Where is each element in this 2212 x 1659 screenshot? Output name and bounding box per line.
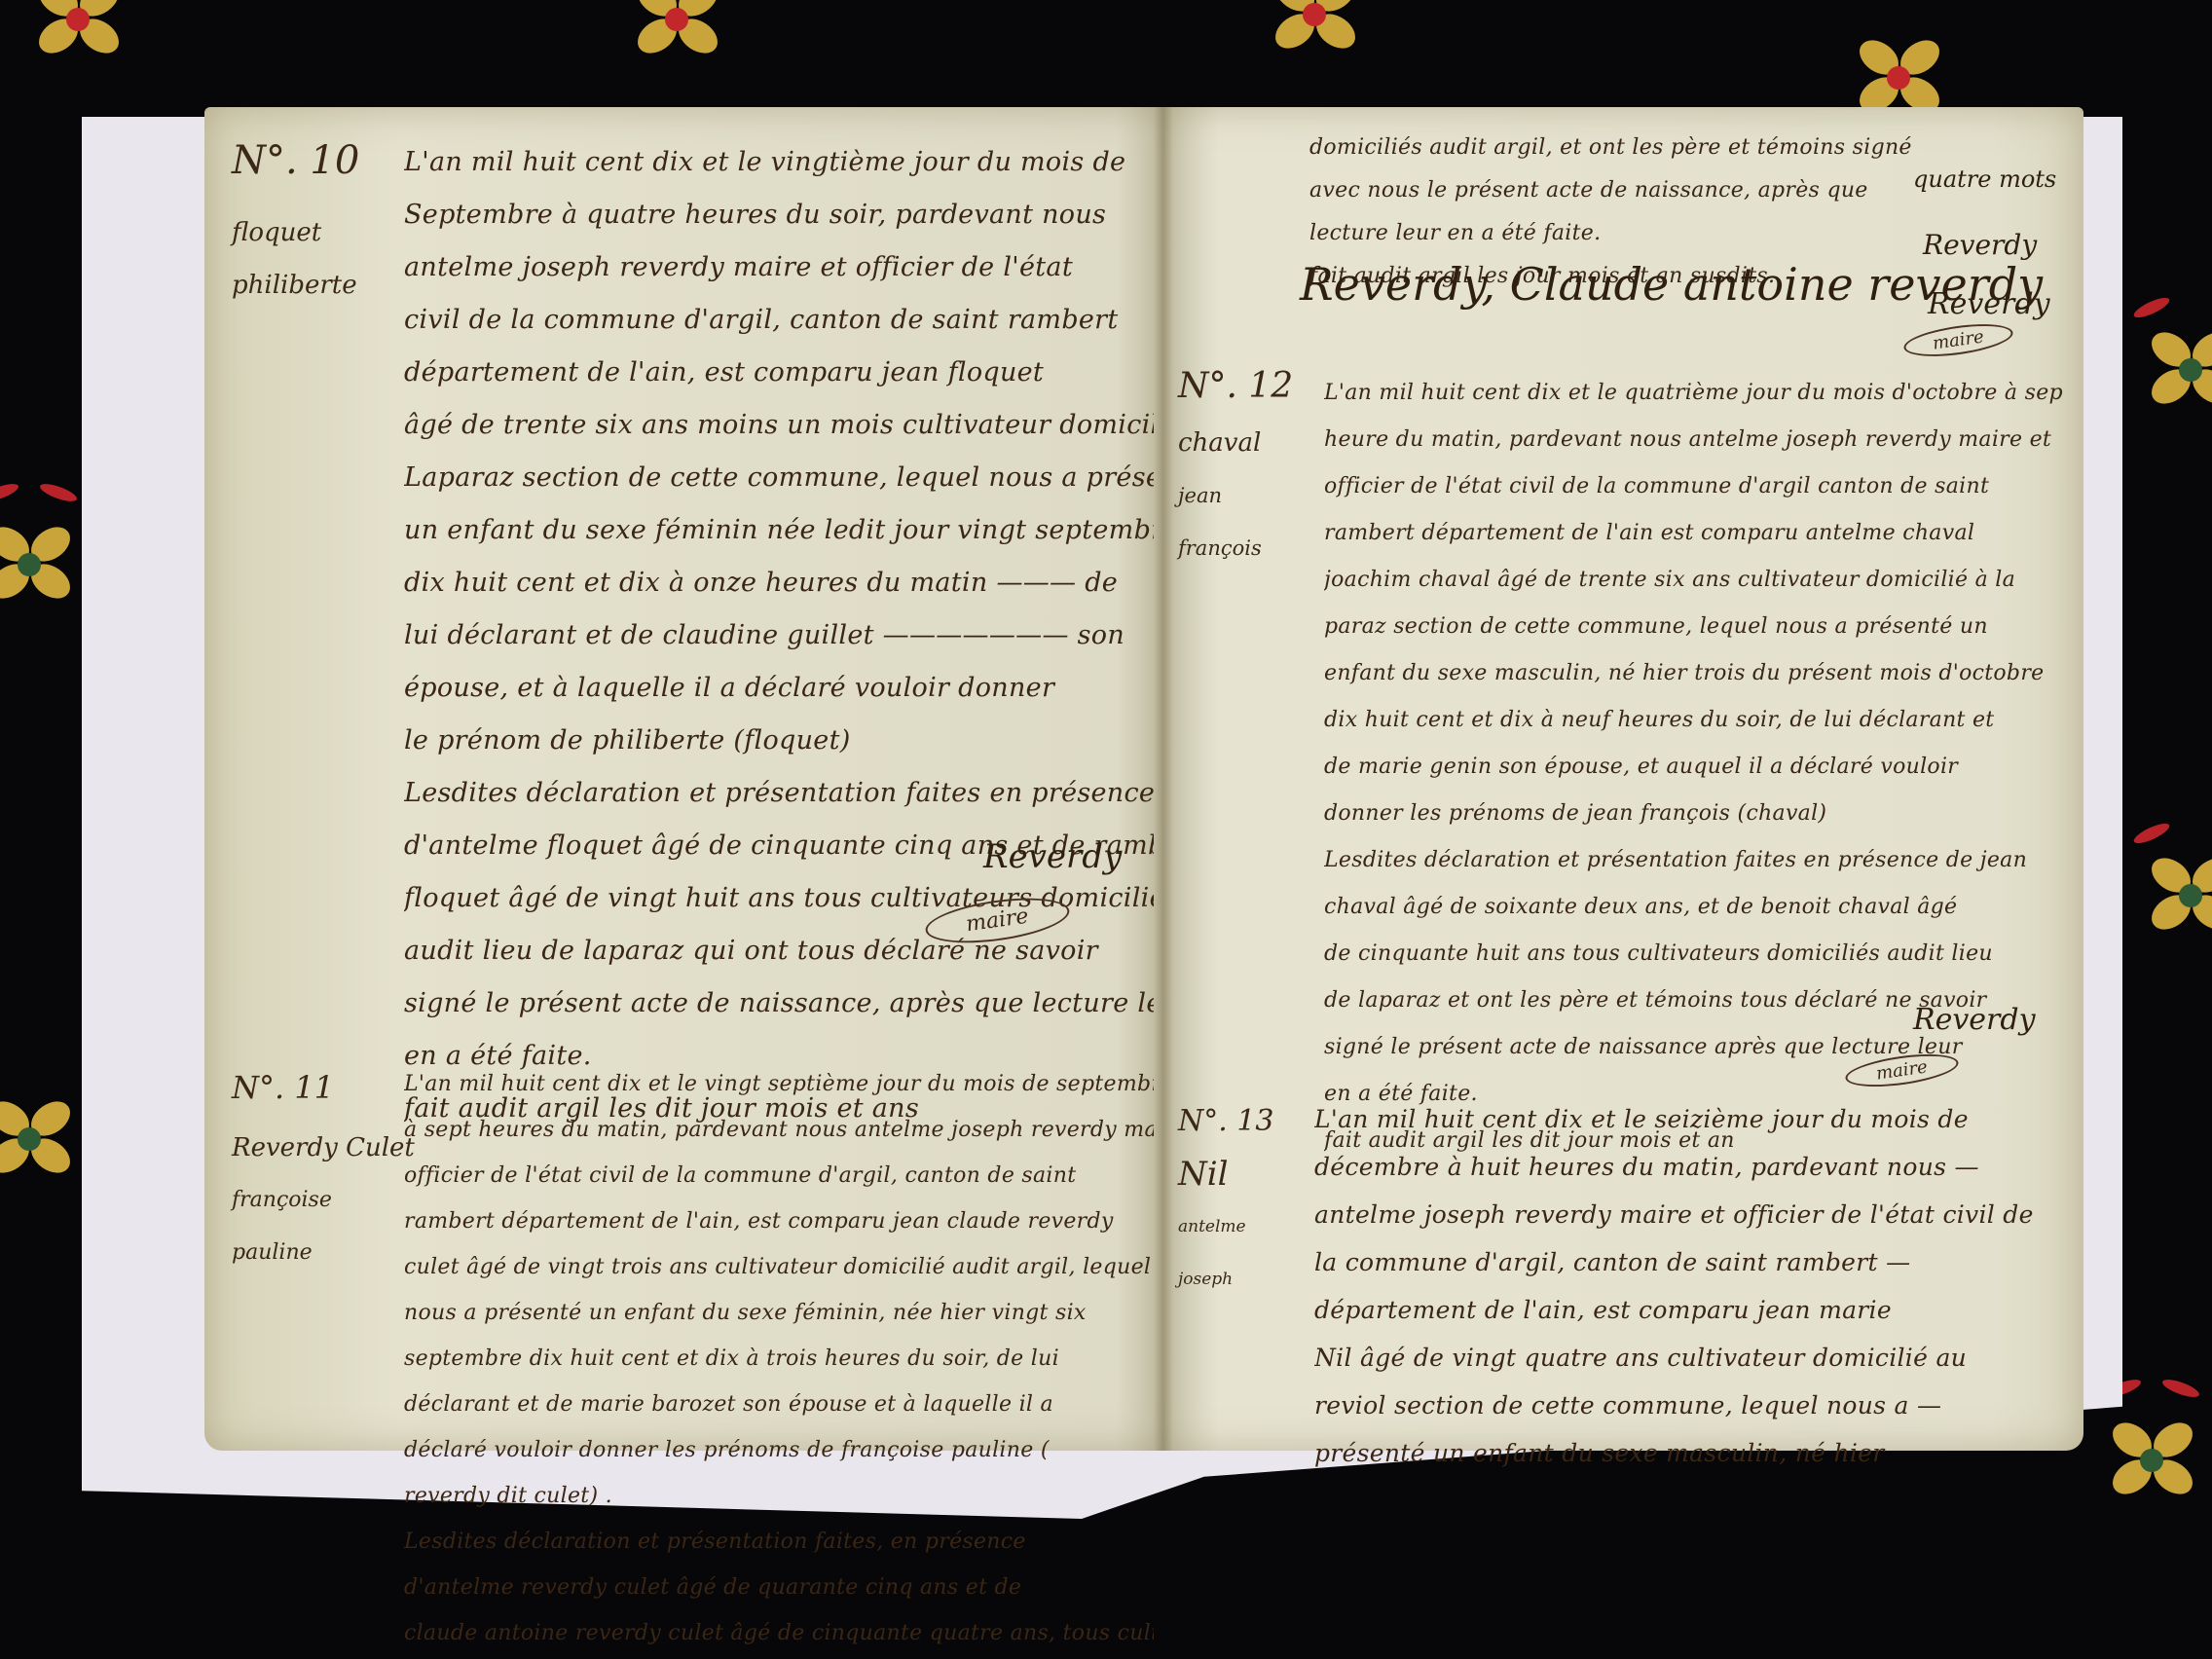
text-line: Lesdites déclaration et présentation fai… xyxy=(404,1519,1154,1565)
margin-surname: chaval xyxy=(1178,417,1305,469)
text-line: nous a présenté un enfant du sexe fémini… xyxy=(404,1290,1154,1336)
text-line: rambert département de l'ain, est compar… xyxy=(404,1198,1154,1244)
text-line: heure du matin, pardevant nous antelme j… xyxy=(1324,417,2064,463)
mayor-signature: Reverdy xyxy=(1913,1003,2036,1037)
text-line: département de l'ain, est comparu jean m… xyxy=(1314,1286,2064,1334)
text-line: le prénom de philiberte (floquet) xyxy=(404,715,1154,767)
register-entry-10: N°. 10 floquet philiberte L'an mil huit … xyxy=(204,107,1163,964)
embroidered-flower-decoration xyxy=(2142,847,2212,944)
entry-margin: N°. 11 Reverdy Culet françoise pauline xyxy=(232,1061,417,1279)
text-line: chaval âgé de soixante deux ans, et de b… xyxy=(1324,884,2064,931)
text-line: département de l'ain, est comparu jean f… xyxy=(404,347,1154,399)
text-line: rambert département de l'ain est comparu… xyxy=(1324,510,2064,557)
margin-surname: floquet xyxy=(232,206,397,259)
entry-number: N°. 10 xyxy=(232,134,397,187)
margin-given-name: françoise pauline xyxy=(232,1174,417,1279)
embroidered-flower-decoration xyxy=(29,0,127,68)
text-line: reviol section de cette commune, lequel … xyxy=(1314,1382,2064,1429)
text-line: décembre à huit heures du matin, pardeva… xyxy=(1314,1143,2064,1191)
text-line: reverdy dit culet) . xyxy=(404,1473,1154,1519)
entry-number: N°. 13 xyxy=(1178,1095,1305,1148)
text-line: de marie genin son épouse, et auquel il … xyxy=(1324,744,2064,791)
entry-body: L'an mil huit cent dix et le seizième jo… xyxy=(1314,1095,2064,1477)
text-line: antelme joseph reverdy maire et officier… xyxy=(404,241,1154,294)
text-line: antelme joseph reverdy maire et officier… xyxy=(1314,1191,2064,1238)
text-line: un enfant du sexe féminin née ledit jour… xyxy=(404,504,1154,557)
book-gutter xyxy=(1154,107,1173,1451)
register-entry-11-continuation: domiciliés audit argil, et ont les père … xyxy=(1163,107,2083,360)
text-line: d'antelme reverdy culet âgé de quarante … xyxy=(404,1565,1154,1610)
margin-given-name: jean françois xyxy=(1178,469,1305,574)
margin-given-name: antelme joseph xyxy=(1178,1200,1305,1306)
entry-body: L'an mil huit cent dix et le vingt septi… xyxy=(404,1061,1154,1656)
text-line: culet âgé de vingt trois ans cultivateur… xyxy=(404,1244,1154,1290)
register-entry-12: N°. 12 chaval jean françois L'an mil hui… xyxy=(1163,360,2083,1090)
text-line: L'an mil huit cent dix et le vingt septi… xyxy=(404,1061,1154,1107)
embroidered-flower-decoration xyxy=(2103,1412,2200,1509)
margin-surname: Reverdy Culet xyxy=(232,1122,417,1174)
right-page: domiciliés audit argil, et ont les père … xyxy=(1163,107,2083,1451)
text-line: de cinquante huit ans tous cultivateurs … xyxy=(1324,931,2064,977)
text-line: officier de l'état civil de la commune d… xyxy=(404,1153,1154,1198)
embroidered-flower-decoration xyxy=(0,516,78,613)
text-line: officier de l'état civil de la commune d… xyxy=(1324,463,2064,510)
text-line: déclarant et de marie barozet son épouse… xyxy=(404,1382,1154,1427)
text-line: déclaré vouloir donner les prénoms de fr… xyxy=(404,1427,1154,1473)
text-line: domiciliés audit argil, et ont les père … xyxy=(1309,127,1913,169)
text-line: joachim chaval âgé de trente six ans cul… xyxy=(1324,557,2064,604)
text-line: avec nous le présent acte de naissance, … xyxy=(1309,169,1913,212)
margin-given-name: philiberte xyxy=(232,259,397,312)
text-line: à sept heures du matin, pardevant nous a… xyxy=(404,1107,1154,1153)
father-signature: Reverdy xyxy=(1923,229,2037,261)
entry-margin: N°. 10 floquet philiberte xyxy=(232,134,397,312)
mayor-signature: Reverdy xyxy=(983,837,1122,876)
text-line: dix huit cent et dix à onze heures du ma… xyxy=(404,557,1154,609)
left-page: N°. 10 floquet philiberte L'an mil huit … xyxy=(204,107,1163,1451)
embroidered-flower-decoration xyxy=(1266,0,1363,63)
entry-number: N°. 12 xyxy=(1178,360,1305,413)
text-line: Lesdites déclaration et présentation fai… xyxy=(404,767,1154,820)
embroidered-flower-decoration xyxy=(2142,321,2212,419)
text-line: paraz section de cette commune, lequel n… xyxy=(1324,604,2064,650)
side-note: quatre mots xyxy=(1913,166,2056,193)
text-line: Laparaz section de cette commune, lequel… xyxy=(404,452,1154,504)
text-line: L'an mil huit cent dix et le vingtième j… xyxy=(404,136,1154,189)
embroidered-flower-decoration xyxy=(0,1090,78,1188)
entry-number: N°. 11 xyxy=(232,1061,417,1114)
text-line: présenté un enfant du sexe masculin, né … xyxy=(1314,1429,2064,1477)
entry-margin: N°. 12 chaval jean françois xyxy=(1178,360,1305,574)
text-line: L'an mil huit cent dix et le quatrième j… xyxy=(1324,370,2064,417)
text-line: Lesdites déclaration et présentation fai… xyxy=(1324,837,2064,884)
mayor-title-flourish: maire xyxy=(1902,318,2015,361)
text-line: septembre dix huit cent et dix à trois h… xyxy=(404,1336,1154,1382)
text-line: la commune d'argil, canton de saint ramb… xyxy=(1314,1238,2064,1286)
margin-surname: Nil xyxy=(1178,1148,1305,1200)
embroidered-flower-decoration xyxy=(628,0,725,68)
text-line: Nil âgé de vingt quatre ans cultivateur … xyxy=(1314,1334,2064,1382)
text-line: lui déclarant et de claudine guillet ———… xyxy=(404,609,1154,662)
text-line: dix huit cent et dix à neuf heures du so… xyxy=(1324,697,2064,744)
text-line: donner les prénoms de jean françois (cha… xyxy=(1324,791,2064,837)
entry-body: L'an mil huit cent dix et le quatrième j… xyxy=(1324,370,2064,1164)
text-line: Septembre à quatre heures du soir, parde… xyxy=(404,189,1154,241)
register-entry-13: N°. 13 Nil antelme joseph L'an mil huit … xyxy=(1163,1090,2083,1451)
register-entry-11: N°. 11 Reverdy Culet françoise pauline L… xyxy=(204,964,1163,1451)
text-line: civil de la commune d'argil, canton de s… xyxy=(404,294,1154,347)
text-line: âgé de trente six ans moins un mois cult… xyxy=(404,399,1154,452)
text-line: claude antoine reverdy culet âgé de cinq… xyxy=(404,1610,1154,1656)
text-line: épouse, et à laquelle il a déclaré voulo… xyxy=(404,662,1154,715)
text-line: enfant du sexe masculin, né hier trois d… xyxy=(1324,650,2064,697)
text-line: L'an mil huit cent dix et le seizième jo… xyxy=(1314,1095,2064,1143)
open-register-book: N°. 10 floquet philiberte L'an mil huit … xyxy=(204,107,2083,1451)
mayor-signature: Reverdy xyxy=(1928,287,2050,321)
entry-margin: N°. 13 Nil antelme joseph xyxy=(1178,1095,1305,1306)
text-line: lecture leur en a été faite. xyxy=(1309,212,1913,255)
